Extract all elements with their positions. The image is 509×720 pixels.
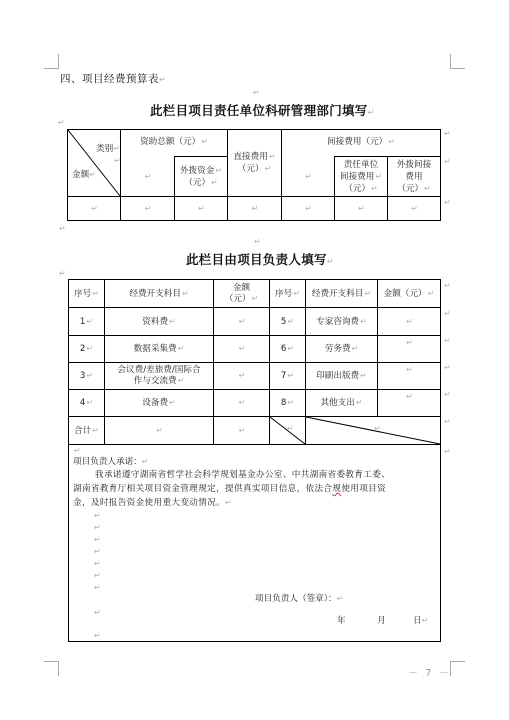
- row4-amount[interactable]: ↵: [214, 390, 269, 416]
- commitment-body-line3: 金，及时报告资金使用重大变动情况。↵: [73, 496, 232, 510]
- row4-item: 设备费↵: [105, 390, 213, 416]
- header-seq: 序号↵: [69, 280, 104, 307]
- table1-cell-amount-label[interactable]: ↵: [68, 197, 120, 220]
- crop-mark-top-right: [450, 54, 465, 69]
- row3-amount[interactable]: ↵: [214, 363, 269, 389]
- header-external-indirect: 外拨间接 费用 （元）↵: [388, 157, 440, 196]
- total-item[interactable]: ↵: [105, 417, 213, 444]
- diagonal-divider: [67, 129, 121, 197]
- page-number: － 7 －: [408, 664, 451, 679]
- header-funding-total: 资助总额（元）↵: [121, 131, 227, 153]
- header-direct-costs: 直接费用↵ （元）↵: [228, 130, 281, 196]
- row3-item-2: 印刷出版费↵: [306, 363, 377, 389]
- row4-amount-2[interactable]: ↵: [378, 390, 440, 404]
- paragraph-mark-icon: ↵: [159, 75, 166, 84]
- header-item: 经费开支科目↵: [105, 280, 213, 307]
- header-funding-total-blank: ↵: [121, 157, 174, 196]
- total-label: 合计↵: [69, 417, 104, 444]
- commitment-body-line2: 湖南省教育厅相关项目资金管理规定，提供真实项目信息，依法合规使用项目资: [73, 482, 386, 496]
- row1-seq: 1↵: [69, 308, 104, 335]
- paragraph-mark-icon: ↵: [253, 89, 260, 97]
- row1-seq-2: 5↵: [270, 308, 305, 335]
- paragraph-mark-icon: ↵: [58, 119, 65, 127]
- row2-seq-2: 6↵: [270, 336, 305, 362]
- row2-amount-2[interactable]: ↵: [378, 336, 440, 350]
- row1-amount[interactable]: ↵: [214, 308, 269, 335]
- total-amount[interactable]: ↵: [214, 417, 269, 444]
- table1-cell-indirect-costs[interactable]: ↵: [282, 197, 334, 220]
- row4-item-2: 其他支出↵: [306, 390, 377, 416]
- table1-cell-external-funds[interactable]: ↵: [175, 197, 227, 220]
- paragraph-mark-icon: ↵: [59, 225, 66, 233]
- table1-cell-external-indirect[interactable]: ↵: [388, 197, 440, 220]
- row2-seq: 2↵: [69, 336, 104, 362]
- header-amount: 金额 （元）↵: [214, 280, 269, 307]
- header-seq-2: 序号↵: [270, 280, 305, 307]
- commitment-body-line1: 我承诺遵守湖南省哲学社会科学规划基金办公室、中共湖南省委教育工委、: [95, 468, 390, 482]
- header-unit-indirect: 责任单位 间接费用↵ （元）↵: [335, 157, 387, 196]
- date-line: 年 月 日↵: [337, 614, 428, 628]
- paragraph-mark-icon: ↵: [368, 108, 375, 117]
- row1-amount-2[interactable]: ↵: [378, 308, 440, 335]
- row3-amount-2[interactable]: ↵: [378, 363, 440, 377]
- date-month: 月: [377, 616, 386, 626]
- header-indirect-blank: ↵: [282, 157, 334, 196]
- signature-label: 项目负责人（签章）：↵: [255, 592, 343, 606]
- table1-title: 此栏目项目责任单位科研管理部门填写↵: [150, 101, 375, 119]
- spellcheck-flag[interactable]: 规: [332, 484, 341, 494]
- commitment-heading: 项目负责人承诺：↵: [73, 455, 148, 469]
- header-indirect-costs: 间接费用（元）↵: [282, 131, 440, 153]
- row4-seq-2: 8↵: [270, 390, 305, 416]
- row2-item: 数据采集费↵: [105, 336, 213, 362]
- date-year: 年: [337, 616, 346, 626]
- row3-seq: 3↵: [69, 363, 104, 389]
- paragraph-mark-icon: ↵: [327, 257, 334, 266]
- crop-mark-bottom-left: [44, 661, 59, 676]
- crop-mark-bottom-right: [450, 661, 465, 676]
- table2-title: 此栏目由项目负责人填写↵: [186, 250, 334, 268]
- crop-mark-top-left: [44, 54, 59, 69]
- table1-cell-funding-total[interactable]: ↵: [121, 197, 174, 220]
- paragraph-mark-icon: ↵: [254, 238, 261, 246]
- row2-amount[interactable]: ↵: [214, 336, 269, 362]
- table1-cell-direct-costs[interactable]: ↵: [228, 197, 281, 220]
- section-heading: 四、项目经费预算表↵: [60, 71, 166, 86]
- row3-seq-2: 7↵: [270, 363, 305, 389]
- corner-category-label: 类别↵: [96, 142, 120, 156]
- row2-item-2: 劳务费↵: [306, 336, 377, 362]
- paragraph-mark-icon: ↵: [59, 270, 66, 278]
- header-amount-2: 金额（元）↵: [378, 280, 440, 307]
- row4-seq: 4↵: [69, 390, 104, 416]
- header-external-funds: 外拨资金↵ （元）↵: [175, 157, 227, 196]
- header-item-2: 经费开支科目↵: [306, 280, 377, 307]
- diagonal-divider: [305, 416, 441, 445]
- row3-item: 会议费/差旅费/国际合 作与交流费↵: [105, 363, 213, 389]
- row1-item-2: 专家咨询费↵: [306, 308, 377, 335]
- table1-cell-unit-indirect[interactable]: ↵: [335, 197, 387, 220]
- row1-item: 资料费↵: [105, 308, 213, 335]
- date-day: 日: [413, 616, 422, 626]
- corner-amount-label: 金额↵: [72, 168, 96, 182]
